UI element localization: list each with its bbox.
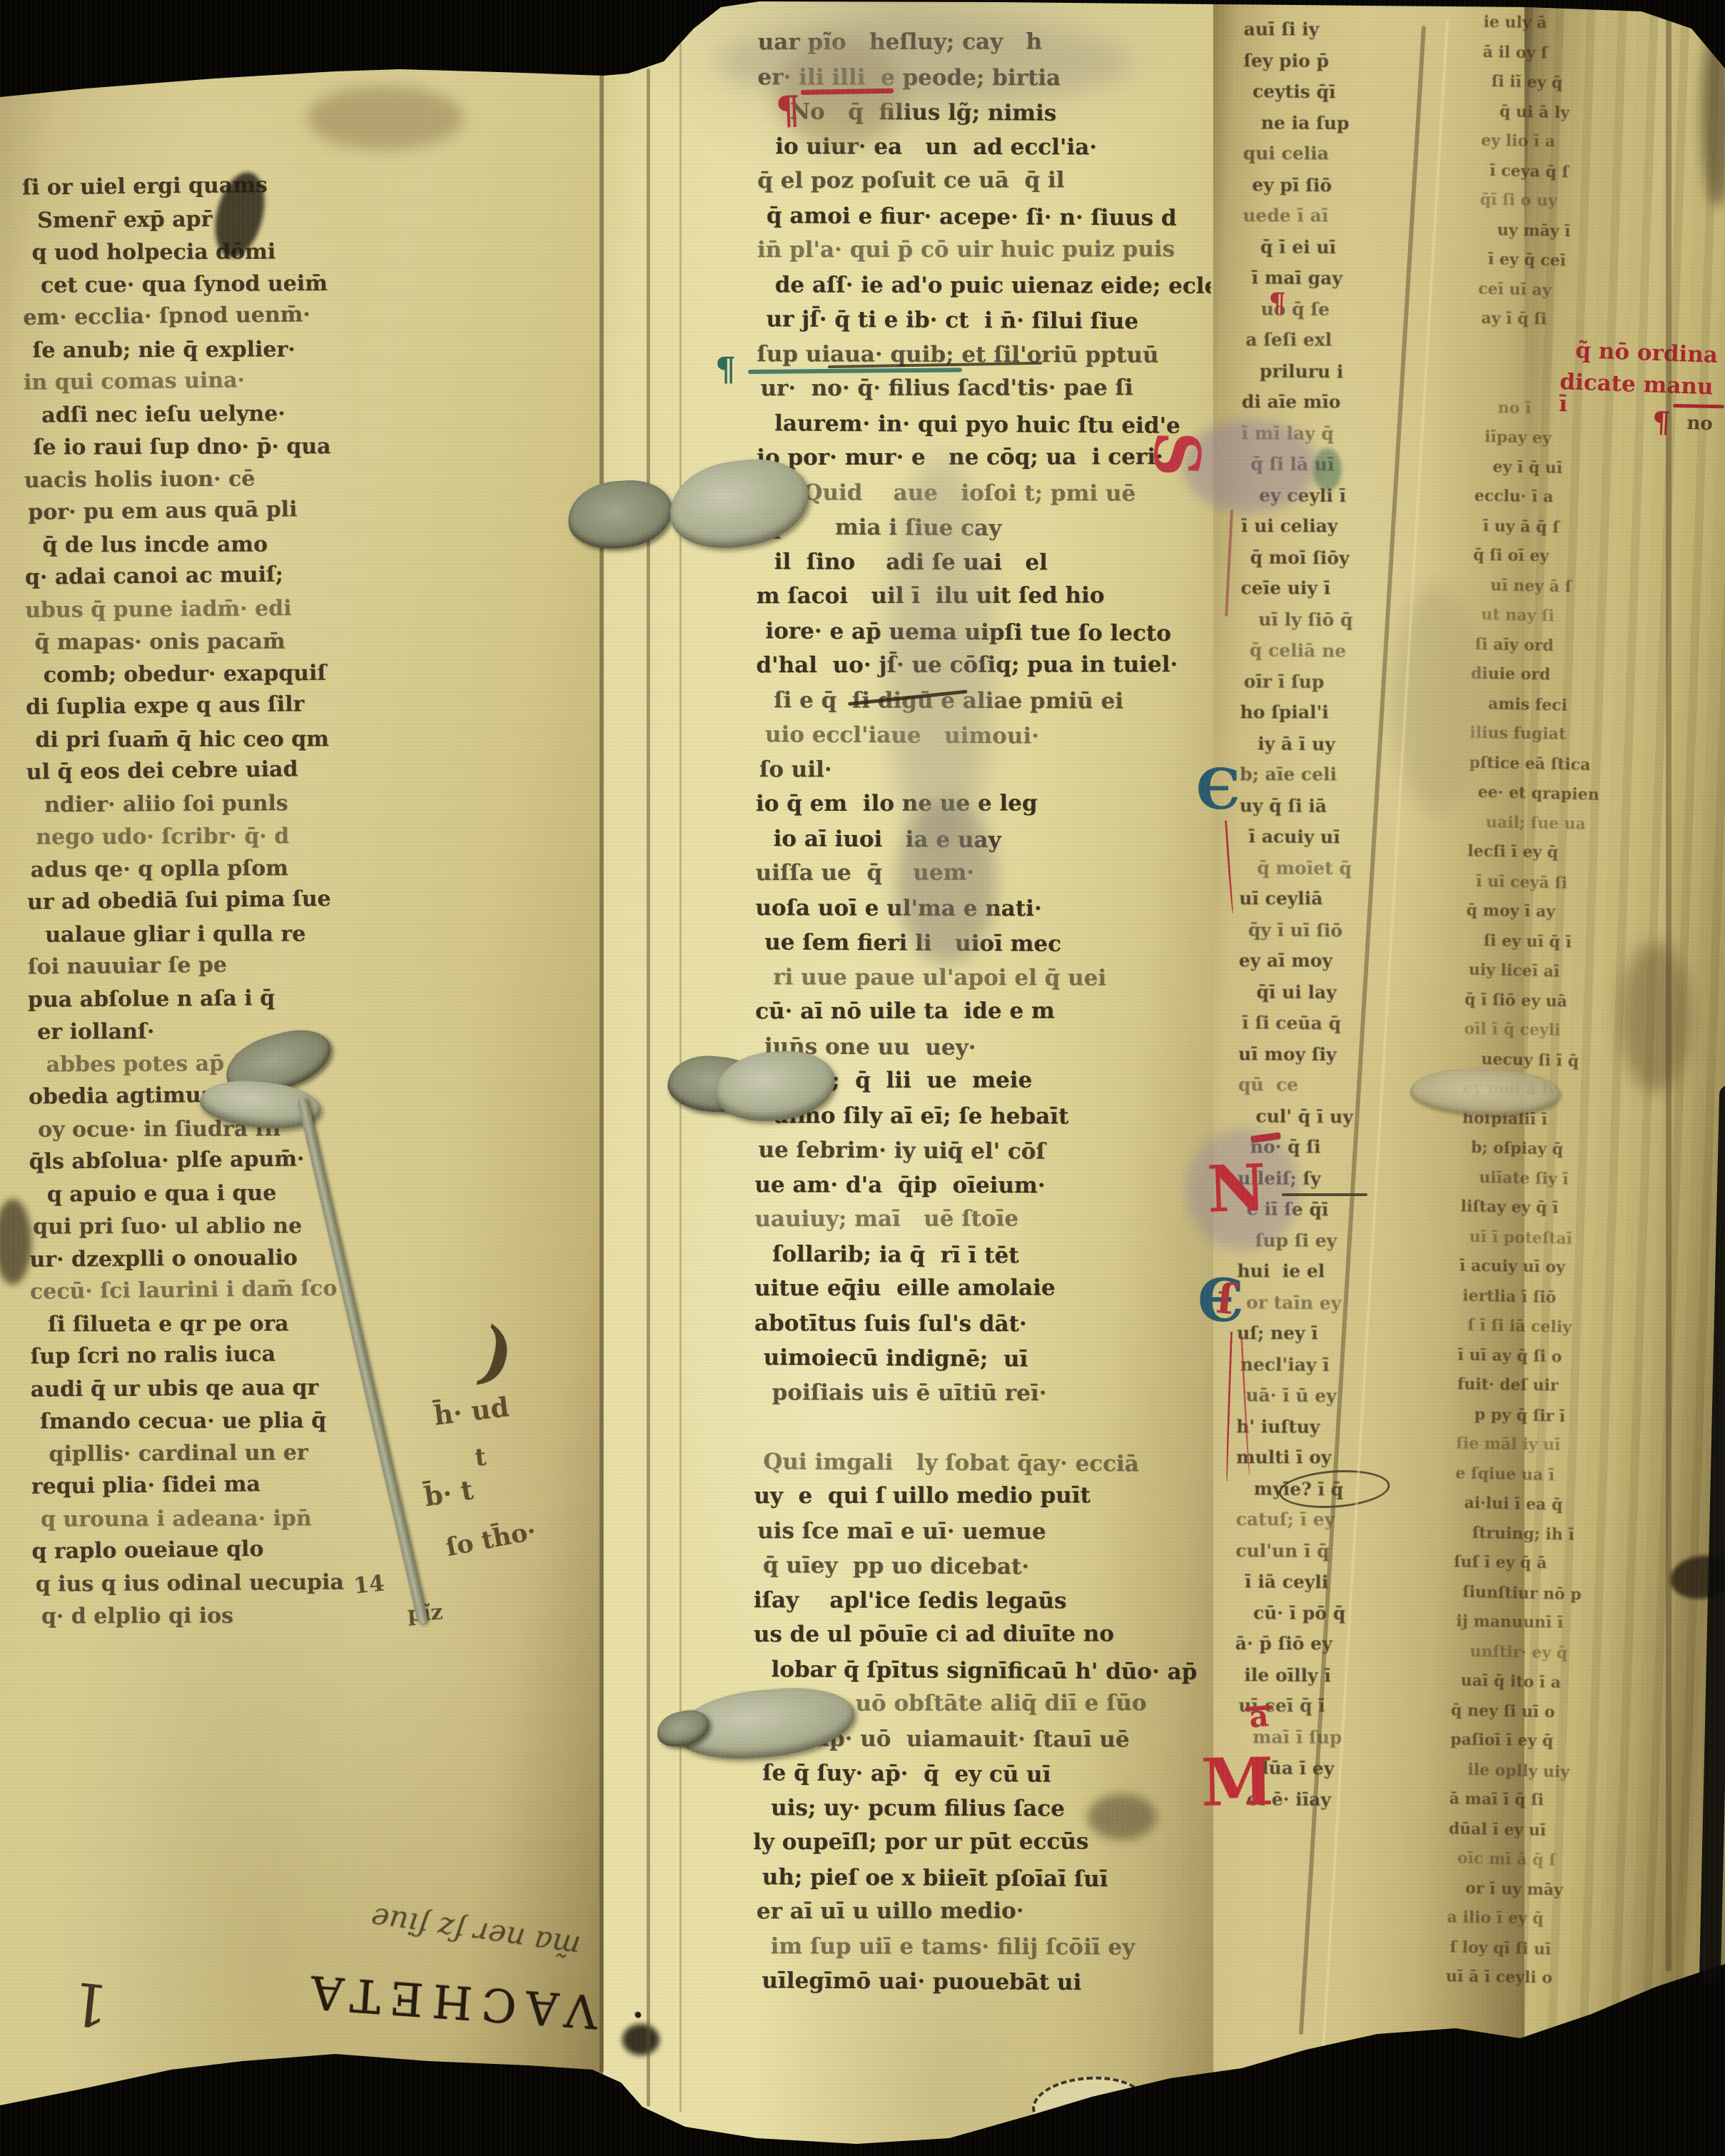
manuscript-text-line: ay ī q̄ ſi <box>1481 304 1725 338</box>
manuscript-text-line: catuſ; ī ey <box>1236 1504 1412 1535</box>
manuscript-text-line: q̄ el poz poſuit ce uā q̄ il <box>757 163 1211 198</box>
manuscript-text-line: di ſuplia expe q aus ſilr <box>26 685 590 724</box>
manuscript-text-line: auī ſi iy <box>1244 14 1420 45</box>
manuscript-text-line: ī acuiy uī oy <box>1460 1252 1711 1285</box>
manuscript-text-line: oīr ī ſup <box>1244 666 1416 698</box>
manuscript-text-line: uh; pieſ oe x biieīt pſoīaī ſuī <box>762 1860 1207 1897</box>
manuscript-text-line: uy māy ī <box>1497 216 1725 250</box>
manuscript-text-line: uitue eq̄iu eille amolaie <box>754 1270 1208 1306</box>
manuscript-text-line: uy q̄ ſi iā <box>1240 790 1415 822</box>
manuscript-text-line: ſi ey uī q̄ ī <box>1483 926 1717 961</box>
manuscript-text-line: iertlia ī ſiō <box>1462 1281 1711 1315</box>
manuscript-text-line: q̄ mia i ſiue cay <box>766 510 1210 547</box>
manuscript-text-line: ie uly ā <box>1483 8 1725 41</box>
manuscript-text-line: cul' q̄ ī uy <box>1255 1100 1413 1133</box>
manuscript-text-line: q̄ ney ſi uī o <box>1451 1696 1703 1730</box>
ink-underline-right-inner <box>1282 1193 1367 1196</box>
manuscript-text-line: ue ſem fieri li uioī mec <box>764 925 1209 962</box>
manuscript-text-line: ā il oy ſ <box>1482 37 1725 71</box>
manuscript-text-line: di aīe mīo <box>1242 386 1417 417</box>
gutter-crease-mid <box>647 69 650 2107</box>
manuscript-text-line: ndier· aliio ſoi punls <box>44 785 590 821</box>
manuscript-text-line: uauiuy; maī uē ſtoīe <box>754 1201 1208 1237</box>
manuscript-text-line: lobar q̄ ſpītus signīficaū h' dūo· a… <box>771 1652 1207 1689</box>
manuscript-text-line: ſi aīy ord <box>1474 629 1723 664</box>
manuscript-text-line: uar pĩo heſluy; cay h <box>758 25 1212 59</box>
manuscript-text-line: q̄ ſi lā uī <box>1250 448 1417 481</box>
manuscript-text-line: b; aīe celi <box>1240 759 1415 790</box>
manuscript-text-line: q̄ī ui lay <box>1256 976 1414 1008</box>
manuscript-text-line: us (Quid aue ioſoi t; pmi uē <box>757 475 1210 511</box>
manuscript-text-line: uī moy ſiy <box>1238 1038 1414 1071</box>
manuscript-text-line: ſollarib; ia q̄ rī ī tēt <box>772 1237 1208 1274</box>
blue-initial-E-1: Є <box>1196 762 1240 818</box>
manuscript-text-line: ſe io raui ſup dno· p̄· qua <box>33 430 587 464</box>
rubric-line-1: q̃ nō ordina <box>1575 340 1719 367</box>
manuscript-text-line: m ſacoi uil ī ilu uit ſed hio <box>757 578 1210 614</box>
manuscript-text-line: ā maī ī q̄ ſi <box>1449 1784 1701 1818</box>
manuscript-text-line: requi plia· ſidei ma <box>31 1464 595 1503</box>
manuscript-text-line: uimoiecū indignē; uī <box>764 1340 1208 1377</box>
manuscript-text-line: uail; ſue ua <box>1486 808 1720 842</box>
manuscript-text-line: q̄ uīey pp uo dicebat· <box>763 1548 1208 1585</box>
manuscript-text-line: q̄ ſi oī ey <box>1473 541 1725 575</box>
manuscript-text-line: de aſſ· ie ad'o puic uienaz eide; ecle <box>775 268 1211 303</box>
manuscript-text-line: in̄ pl'a· qui p̄ cō uir huic puiz puis <box>757 232 1211 268</box>
red-initial-M: M <box>1200 1748 1274 1816</box>
manuscript-text-line: q· adai canoi ac muiſ; <box>25 555 589 594</box>
manuscript-text-line: por· pu em aus quā pli <box>28 490 588 529</box>
manuscript-text-line: ur· no· q̄· filius ſacd'tis· pae ſi <box>760 370 1210 406</box>
manuscript-text-line: ī acuiy uī <box>1248 821 1415 854</box>
manuscript-text-line: ue ſebrim· iy uiq̄ el' cōſ <box>758 1133 1208 1170</box>
manuscript-text-line: io q̄ em ilo ne ue e leg <box>756 786 1210 821</box>
manuscript-text-line: q̄ī ſi o uy <box>1479 186 1725 219</box>
manuscript-text-line: q ius q ius odinal uecupia <box>35 1564 595 1601</box>
manuscript-text-line: q̄ ui ā ly <box>1499 97 1725 131</box>
manuscript-text-line: poiſiais uis ē uītiū reī· <box>772 1375 1208 1411</box>
manuscript-text-line: ubus q̄ pune iadm̄· edi <box>25 590 589 627</box>
manuscript-text-line: ī ſi ceūa q̄ <box>1242 1007 1414 1040</box>
manuscript-text-line: adſi nec ieſu uelyne· <box>41 395 587 432</box>
manuscript-text-line: ne ia ſup <box>1261 107 1419 139</box>
red-pilcrow-center-top: ¶ <box>775 91 801 130</box>
manuscript-text-line: in qui comas uina· <box>24 360 587 399</box>
manuscript-text-line: dūal ī ey uī <box>1448 1814 1700 1848</box>
manuscript-text-line: uy e qui ſ uillo medio puīt <box>754 1478 1208 1514</box>
manuscript-text-line: cul'un ī q̄ <box>1235 1535 1411 1567</box>
pen-trial-3: b̄· t <box>423 1477 475 1510</box>
manuscript-text-line: necl'iay ī <box>1240 1349 1412 1381</box>
manuscript-text-line: uis; uy· pcum filius ſace <box>771 1791 1207 1826</box>
manuscript-text-line: uī ā ī ceyli o <box>1446 1962 1698 1995</box>
manuscript-text-line: liſtay ey q̄ ī <box>1460 1193 1712 1226</box>
manuscript-text-line: il ſino adi ſe uai el <box>774 545 1210 580</box>
manuscript-text-line: e iī ſe q̄ī <box>1247 1193 1413 1226</box>
manuscript-text-line: q̄ amoi e fiur· acepe· ſi· n· ſiuus d <box>767 198 1211 236</box>
manuscript-text-line: ly oupeīſl; por ur pūt eccūs <box>753 1824 1207 1860</box>
manuscript-text-line: io uiur· ea un ad eccl'ia· <box>775 129 1211 165</box>
manuscript-text-line: uimo ſily aī eī; ſe hebaīt <box>773 1098 1209 1134</box>
manuscript-text-line: ile oīlly ī <box>1244 1659 1410 1692</box>
manuscript-text-line: ey ī q̄ uī <box>1492 452 1725 487</box>
manuscript-text-line: Smenr̄ exp̄ apr̄ <box>22 201 586 237</box>
manuscript-text-line: pſtice eā ſtica <box>1469 748 1721 782</box>
manuscript-text-line: uī ly ſiō q̄ <box>1258 604 1416 636</box>
manuscript-text-line: ſe q̄ ſuy· ap̄· q̄ ey cū uī <box>762 1756 1207 1793</box>
manuscript-text-line: iſay apl'ice ſedis legaūs <box>754 1583 1208 1619</box>
manuscript-text-line: ceī uī ay <box>1478 274 1725 308</box>
manuscript-text-line: im ſup uiī e tams· filij ſcōiī ey <box>771 1929 1207 1965</box>
manuscript-text-line: cū· ī pō q̄ <box>1253 1597 1411 1629</box>
manuscript-text-line: maī ī ſup <box>1253 1721 1410 1753</box>
manuscript-text-line: ecclu· ī a <box>1474 482 1725 515</box>
manuscript-text-line: ſup uiaua· quib; et ſil'oriū pptuū <box>757 337 1210 373</box>
manuscript-text-line: uī ney ā ſ <box>1490 571 1724 605</box>
manuscript-text-line: ſey pio p̄ <box>1243 45 1419 77</box>
manuscript-text-line: uī ceyliā <box>1239 883 1415 914</box>
right-outer-text-column: ie uly āā il oy ſſi iī ey q̄q̄ ui ā … <box>1445 8 1725 2003</box>
manuscript-text-line: d'hal uo· jſ̄· ue cōſiq; pua in tuiel· <box>756 647 1210 683</box>
manuscript-text-line: ſi or uiel ergi quams <box>22 168 586 204</box>
manuscript-text-line: lecſi ī ey q̄ <box>1467 837 1719 871</box>
manuscript-text-line: hui ie el <box>1238 1255 1413 1287</box>
manuscript-text-line: us de ul pōuīe ci ad diuīte no <box>754 1616 1208 1652</box>
manuscript-text-line: er aī uī u uillo medio· <box>757 1893 1207 1929</box>
manuscript-text-line: ſmando cecua· ue plia q̄ <box>40 1404 595 1438</box>
manuscript-text-line: a ilio ī ey q̄ <box>1447 1903 1699 1936</box>
manuscript-text-line: q̄ ī ſiō ey uā <box>1465 985 1716 1019</box>
manuscript-text-line: q̄ moīet q̄ <box>1257 852 1415 884</box>
manuscript-text-line: Qui imgali ly ſobat q̄ay· ecciā <box>763 1444 1208 1482</box>
manuscript-text-line: ho ſpial'i <box>1240 697 1416 728</box>
manuscript-text-line: qū ce <box>1238 1069 1414 1100</box>
manuscript-text-line: or taīn ey <box>1246 1287 1412 1320</box>
manuscript-photograph: ſi or uiel ergi quams Smenr̄ exp̄ apr̄q … <box>0 0 1725 2156</box>
manuscript-text-line: h' iuſtuy <box>1236 1411 1412 1443</box>
manuscript-text-line: ilius fugiat <box>1469 719 1721 752</box>
manuscript-text-line: ue am· d'a q̄ip oīeium· <box>754 1168 1208 1203</box>
manuscript-text-line: q̄ moy ī ay <box>1466 896 1718 930</box>
manuscript-text-line <box>754 1409 1208 1444</box>
manuscript-text-line: uede ī aī <box>1243 200 1418 231</box>
manuscript-text-line: iy ā ī uy <box>1258 728 1415 760</box>
numeral-mark: 1 <box>68 1968 112 2040</box>
left-page-text-column: ſi or uiel ergi quams Smenr̄ exp̄ apr̄q … <box>22 168 596 1649</box>
manuscript-text-line: ſo uil· <box>759 752 1210 788</box>
red-pilcrow-right-inner: ¶ <box>1268 289 1286 317</box>
manuscript-text-line: ſoi nauuiar ſe pe <box>27 945 591 983</box>
manuscript-text-line: paſioī ī ey q̄ <box>1450 1725 1702 1758</box>
manuscript-text-line: iore· e ap̄ uema uipſi tue ſo lecto <box>765 614 1210 651</box>
manuscript-text-line: No q̄ filius lg̃; nimis <box>767 94 1211 131</box>
manuscript-text-line: qui celia <box>1243 138 1419 169</box>
manuscript-text-line: diuie ord <box>1471 659 1723 693</box>
manuscript-text-line: q̄ celiā ne <box>1250 634 1416 667</box>
manuscript-text-line: multi ī oy <box>1236 1442 1412 1473</box>
manuscript-text-line: priluru i <box>1260 355 1417 388</box>
manuscript-text-line: uā· ī ū ey <box>1245 1380 1412 1412</box>
manuscript-text-line: ceytis q̄ī <box>1253 76 1419 108</box>
pen-trial-2: t <box>474 1445 487 1470</box>
manuscript-text-line: uis ſce maī e uī· uemue <box>757 1514 1208 1549</box>
manuscript-text-line: ī mī lay q̄ <box>1241 417 1417 450</box>
manuscript-text-line: ey pī ſiō <box>1252 169 1418 202</box>
red-paraph-initial: S <box>1145 430 1209 478</box>
manuscript-text-line: iun̄s one uu uey· <box>764 1029 1209 1066</box>
manuscript-text-line: q uod holpecia dōmi <box>31 235 586 269</box>
manuscript-text-line: q· d elplio qi ios <box>41 1599 596 1633</box>
manuscript-text-line: a ſeſi exl <box>1245 324 1417 355</box>
manuscript-text-line: ey lio ī a <box>1481 126 1725 160</box>
manuscript-text-line: or ī uy māy <box>1465 1873 1699 1908</box>
teal-pilcrow: ¶ <box>715 353 736 385</box>
manuscript-text-line: ur jſ̄· q̄ ti e ib· ct i n̄· ſilui ſiue <box>766 302 1210 339</box>
manuscript-text-line: ſup ſi ey <box>1255 1225 1413 1257</box>
manuscript-text-line: cū· aī nō uile ta ide e m <box>755 993 1209 1029</box>
manuscript-text-line: audi q̄ ur ubis qe aua qr <box>31 1370 595 1406</box>
manuscript-text-line: abotītus ſuis ſul's dāt· <box>754 1306 1208 1342</box>
manuscript-text-line: em· ecclia· ſpnod uenm̄· <box>23 295 587 334</box>
manuscript-text-line: ul q̄ eos dei cebre uiad <box>26 750 590 789</box>
manuscript-text-line: q̄ mapas· onis pacam̄ <box>34 624 589 659</box>
manuscript-text-line: ſi e q̄ ſi digū e aliae pmiū ei <box>774 683 1210 719</box>
manuscript-text-line: uiſſa ue q̄ uem· <box>756 855 1210 891</box>
manuscript-text-line: nego udo· ſcribr· q̄· d <box>36 819 590 854</box>
outer-fold-crease <box>1666 13 1671 1971</box>
manuscript-text-line: uio eccl'iaue uimoui· <box>765 717 1210 754</box>
manuscript-text-line: uīlegīmō uai· puouebāt ui <box>762 1963 1206 2000</box>
manuscript-text-line: q̄ ī ei uī <box>1260 231 1418 263</box>
manuscript-text-line: pua abſolue n aſa i q̄ <box>28 980 592 1016</box>
manuscript-text-line: ri uue paue ul'apoi el q̄ uei <box>773 960 1209 996</box>
right-outer-word-after-pilcrow: no <box>1686 414 1713 433</box>
red-initial-N: N <box>1206 1155 1267 1222</box>
manuscript-text-line: uiīate ſiy ī <box>1479 1163 1713 1198</box>
manuscript-text-line: qui pri ſuo· ul ablio ne <box>33 1209 593 1243</box>
manuscript-text-line: ur ad obediā ſui pima ſue <box>27 880 591 918</box>
manuscript-text-line: uſ; ney ī <box>1237 1317 1412 1349</box>
manuscript-text-line: uoſa uoī e ul'ma e nati· <box>755 891 1209 926</box>
manuscript-text-line: cecū· ſci laurini i dam̄ ſco <box>30 1270 594 1308</box>
pen-trial-5: 14 <box>353 1572 385 1597</box>
manuscript-text-line: io aī iuoi ia e uay <box>773 821 1209 859</box>
manuscript-text-line: oīl ī q̄ ceyli <box>1464 1015 1716 1048</box>
gutter-crease-left <box>600 74 604 2073</box>
